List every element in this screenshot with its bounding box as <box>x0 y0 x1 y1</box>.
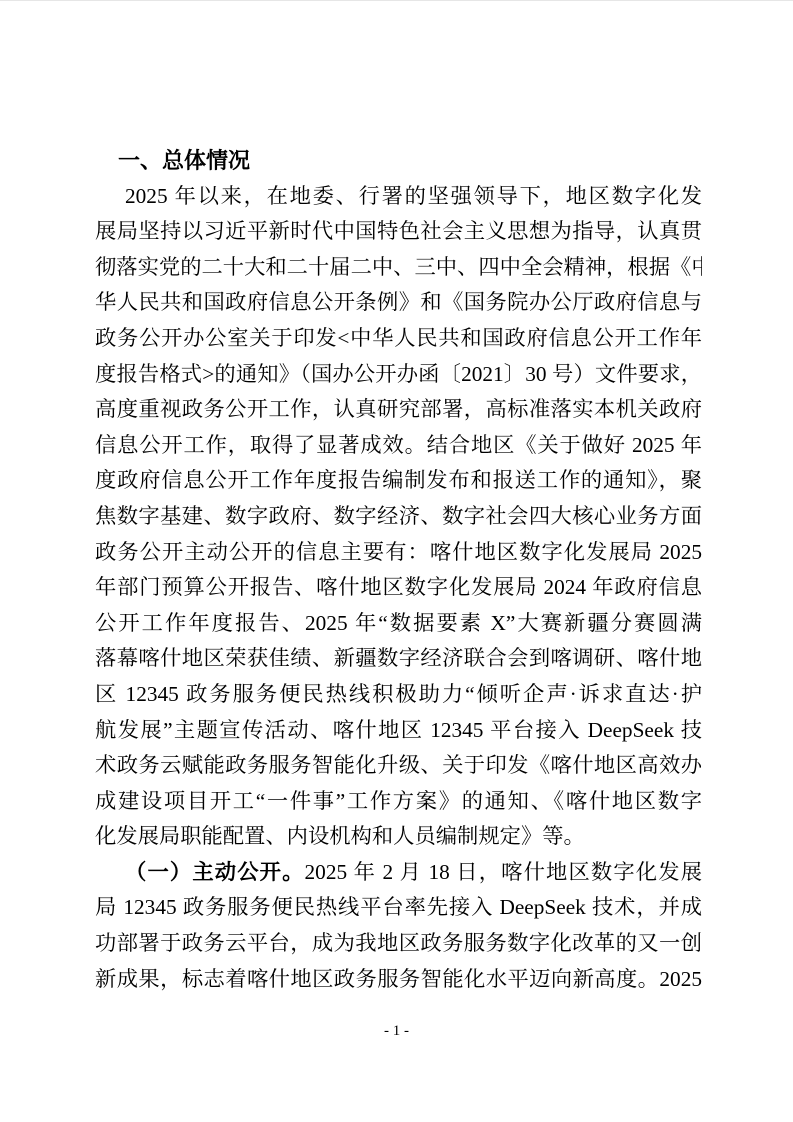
text-line: 年部门预算公开报告、喀什地区数字化发展局 2024 年政府信息 <box>95 570 702 606</box>
text-line: 展局坚持以习近平新时代中国特色社会主义思想为指导，认真贯 <box>95 214 702 250</box>
page-number: - 1 - <box>0 1022 793 1040</box>
text-line: 新成果，标志着喀什地区政务服务智能化水平迈向新高度。2025 <box>95 962 702 998</box>
document-body: 一、总体情况 2025 年以来，在地委、行署的坚强领导下，地区数字化发 展局坚持… <box>95 143 702 997</box>
text-line: 术政务云赋能政务服务智能化升级、关于印发《喀什地区高效办 <box>95 748 702 784</box>
text-line: 区 12345 政务服务便民热线积极助力“倾听企声·诉求直达·护 <box>95 677 702 713</box>
text-line: 高度重视政务公开工作，认真研究部署，高标准落实本机关政府 <box>95 392 702 428</box>
paragraph-overview: 2025 年以来，在地委、行署的坚强领导下，地区数字化发 展局坚持以习近平新时代… <box>95 179 702 855</box>
text-line: 化发展局职能配置、内设机构和人员编制规定》等。 <box>95 819 702 855</box>
text-line: （一）主动公开。2025 年 2 月 18 日，喀什地区数字化发展 <box>95 855 702 891</box>
paragraph-proactive-disclosure: （一）主动公开。2025 年 2 月 18 日，喀什地区数字化发展 局 1234… <box>95 855 702 997</box>
text-line: 焦数字基建、数字政府、数字经济、数字社会四大核心业务方面 <box>95 499 702 535</box>
document-page: 一、总体情况 2025 年以来，在地委、行署的坚强领导下，地区数字化发 展局坚持… <box>0 0 793 1122</box>
text-line: 彻落实党的二十大和二十届二中、三中、四中全会精神，根据《中 <box>95 250 702 286</box>
text-line: 航发展”主题宣传活动、喀什地区 12345 平台接入 DeepSeek 技 <box>95 713 702 749</box>
text-line: 华人民共和国政府信息公开条例》和《国务院办公厅政府信息与 <box>95 285 702 321</box>
text-line: 政务公开办公室关于印发<中华人民共和国政府信息公开工作年 <box>95 321 702 357</box>
text-line: 公开工作年度报告、2025 年“数据要素 X”大赛新疆分赛圆满 <box>95 606 702 642</box>
text-line: 局 12345 政务服务便民热线平台率先接入 DeepSeek 技术，并成 <box>95 890 702 926</box>
paragraph-lead: （一）主动公开。 <box>125 860 305 884</box>
paragraph-lead-rest: 2025 年 2 月 18 日，喀什地区数字化发展 <box>305 860 702 884</box>
text-line: 信息公开工作，取得了显著成效。结合地区《关于做好 2025 年 <box>95 428 702 464</box>
section-heading: 一、总体情况 <box>95 143 702 179</box>
text-line: 落幕喀什地区荣获佳绩、新疆数字经济联合会到喀调研、喀什地 <box>95 641 702 677</box>
text-line: 度政府信息公开工作年度报告编制发布和报送工作的通知》，聚 <box>95 463 702 499</box>
text-line: 2025 年以来，在地委、行署的坚强领导下，地区数字化发 <box>95 179 702 215</box>
text-line: 成建设项目开工“一件事”工作方案》的通知、《喀什地区数字 <box>95 784 702 820</box>
text-line: 功部署于政务云平台，成为我地区政务服务数字化改革的又一创 <box>95 926 702 962</box>
text-line: 度报告格式>的通知》（国办公开办函〔2021〕30 号）文件要求， <box>95 357 702 393</box>
text-line: 政务公开主动公开的信息主要有：喀什地区数字化发展局 2025 <box>95 535 702 571</box>
